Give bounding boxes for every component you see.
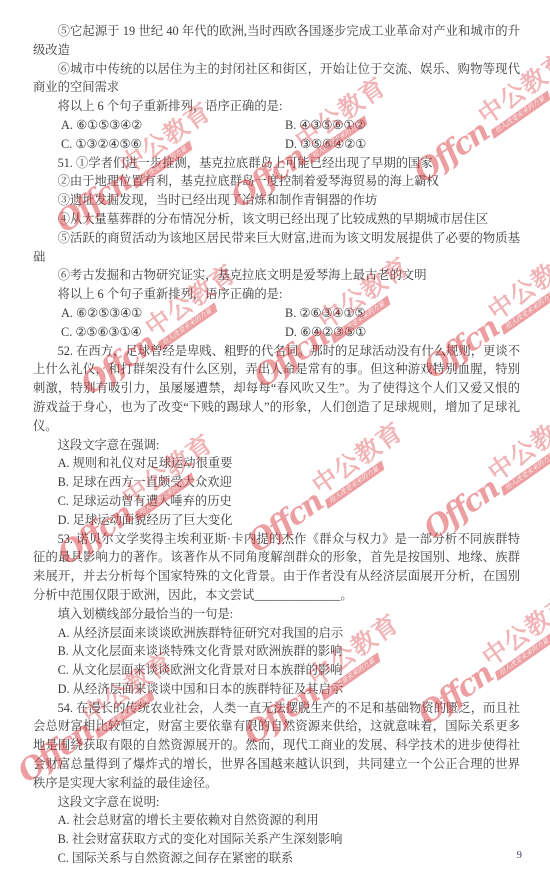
q51-item-1: 51. ①学者们进一步推测，基克拉底群岛上可能已经出现了早期的国家 <box>33 154 520 173</box>
page-number: 9 <box>517 849 523 861</box>
q50-option-c: C. ①③②④⑤⑥ <box>61 135 285 154</box>
q50-option-d: D. ③⑤⑥④②① <box>285 135 520 154</box>
q52-option-a: A. 规则和礼仪对足球运动很重要 <box>33 454 520 473</box>
q53-option-a: A. 从经济层面来谈谈欧洲族群特征研究对我国的启示 <box>33 624 520 643</box>
q54-options: A. 社会总财富的增长主要依赖对自然资源的利用 B. 社会财富获取方式的变化对国… <box>33 811 520 867</box>
q54-body: 54. 在漫长的传统农业社会，人类一直无法摆脱生产的不足和基础物资的匮乏，而且社… <box>33 699 520 793</box>
q52-prompt: 这段文字意在强调: <box>33 436 520 455</box>
q50-option-b: B. ④③⑤⑥①② <box>285 116 520 135</box>
exam-content: ⑤它起源于 19 世纪 40 年代的欧洲,当时西欧各国逐步完成工业革命对产业和城… <box>33 22 520 868</box>
q52-option-b: B. 足球在西方一直颇受大众欢迎 <box>33 473 520 492</box>
q50-options-row-1: A. ⑥①⑤③④② B. ④③⑤⑥①② <box>33 116 520 135</box>
q51-option-b: B. ②⑥③④①⑤ <box>285 304 520 323</box>
q53-option-c: C. 从文化层面来谈谈欧洲文化背景对日本族群的影响 <box>33 661 520 680</box>
q51-item-2: ②由于地理位置有利，基克拉底群岛一度控制着爱琴海贸易的海上霸权 <box>33 172 520 191</box>
q51-item-4: ④从大量墓葬群的分布情况分析，该文明已经出现了比较成熟的早期城市居住区 <box>33 210 520 229</box>
q53-option-d: D. 从经济层面来谈谈中国和日本的族群特征及其启示 <box>33 680 520 699</box>
q51-option-a: A. ⑥②⑤③④① <box>61 304 285 323</box>
q51-option-d: D. ⑥④②③⑤① <box>285 323 520 342</box>
q54-option-a: A. 社会总财富的增长主要依赖对自然资源的利用 <box>33 811 520 830</box>
exam-page: ⑤它起源于 19 世纪 40 年代的欧洲,当时西欧各国逐步完成工业革命对产业和城… <box>0 0 550 873</box>
q52-option-c: C. 足球运动曾有遭人唾弃的历史 <box>33 492 520 511</box>
q53-options: A. 从经济层面来谈谈欧洲族群特征研究对我国的启示 B. 从文化层面来谈谈特殊文… <box>33 624 520 699</box>
q50-prompt: 将以上 6 个句子重新排列，语序正确的是: <box>33 97 520 116</box>
q51-options-row-1: A. ⑥②⑤③④① B. ②⑥③④①⑤ <box>33 304 520 323</box>
q53-option-b: B. 从文化层面来谈谈特殊文化背景对欧洲族群的影响 <box>33 642 520 661</box>
q52-options: A. 规则和礼仪对足球运动很重要 B. 足球在西方一直颇受大众欢迎 C. 足球运… <box>33 454 520 529</box>
q54-prompt: 这段文字意在说明: <box>33 793 520 812</box>
q50-item-5: ⑤它起源于 19 世纪 40 年代的欧洲,当时西欧各国逐步完成工业革命对产业和城… <box>33 22 520 60</box>
q52-option-d: D. 足球运动面貌经历了巨大变化 <box>33 511 520 530</box>
q50-item-6: ⑥城市中传统的以居住为主的封闭社区和街区，开始让位于交流、娱乐、购物等现代商业的… <box>33 60 520 98</box>
q52-body: 52. 在西方，足球曾经是卑贱、粗野的代名词。那时的足球活动没有什么规则，更谈不… <box>33 342 520 436</box>
q53-body: 53. 诺贝尔文学奖得主埃利亚斯·卡内提的杰作《群众与权力》是一部分析不同族群特… <box>33 530 520 605</box>
q51-item-6: ⑥考古发掘和古物研究证实，基克拉底文明是爱琴海上最古老的文明 <box>33 266 520 285</box>
q54-option-c: C. 国际关系与自然资源之间存在紧密的联系 <box>33 849 520 868</box>
q50-option-a: A. ⑥①⑤③④② <box>61 116 285 135</box>
q51-item-3: ③遗址发掘发现，当时已经出现了冶炼和制作青铜器的作坊 <box>33 191 520 210</box>
q51-options-row-2: C. ②⑤⑥③①④ D. ⑥④②③⑤① <box>33 323 520 342</box>
q51-item-5: ⑤活跃的商贸活动为该地区居民带来巨大财富,进而为该文明发展提供了必要的物质基础 <box>33 229 520 267</box>
q54-option-b: B. 社会财富获取方式的变化对国际关系产生深刻影响 <box>33 830 520 849</box>
q50-options-row-2: C. ①③②④⑤⑥ D. ③⑤⑥④②① <box>33 135 520 154</box>
q51-prompt: 将以上 6 个句子重新排列，语序正确的是: <box>33 285 520 304</box>
q53-prompt: 填入划横线部分最恰当的一句是: <box>33 605 520 624</box>
q51-option-c: C. ②⑤⑥③①④ <box>61 323 285 342</box>
